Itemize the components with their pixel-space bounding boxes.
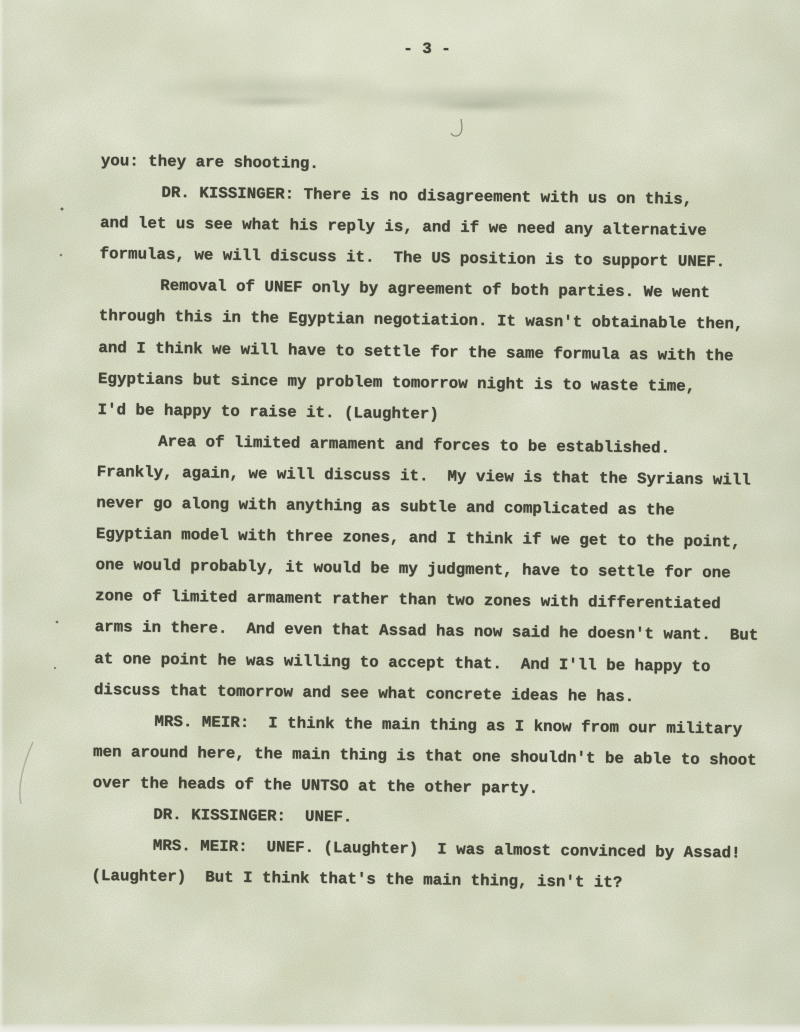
smudge-mark	[432, 100, 527, 111]
ink-speck	[61, 208, 64, 211]
smudge-mark	[215, 96, 330, 107]
pen-mark-j	[451, 119, 462, 136]
ink-speck	[54, 667, 56, 669]
pen-mark-slash	[20, 742, 33, 804]
ink-speck	[56, 621, 59, 624]
paper-speck	[518, 974, 526, 982]
transcript-text-block: you: they are shooting.DR. KISSINGER: Th…	[91, 146, 800, 901]
scanned-document-page: - 3 - you: they are shooting.DR. KISSING…	[0, 0, 800, 1032]
smudge-mark	[150, 72, 390, 104]
page-number: - 3 -	[0, 40, 800, 58]
paper-speck	[699, 939, 705, 945]
scan-edge-left	[0, 0, 4, 1032]
paper-speck	[609, 993, 615, 999]
smudge-mark	[335, 84, 645, 112]
scan-edge-bottom	[0, 1023, 800, 1032]
ink-speck	[60, 254, 63, 257]
